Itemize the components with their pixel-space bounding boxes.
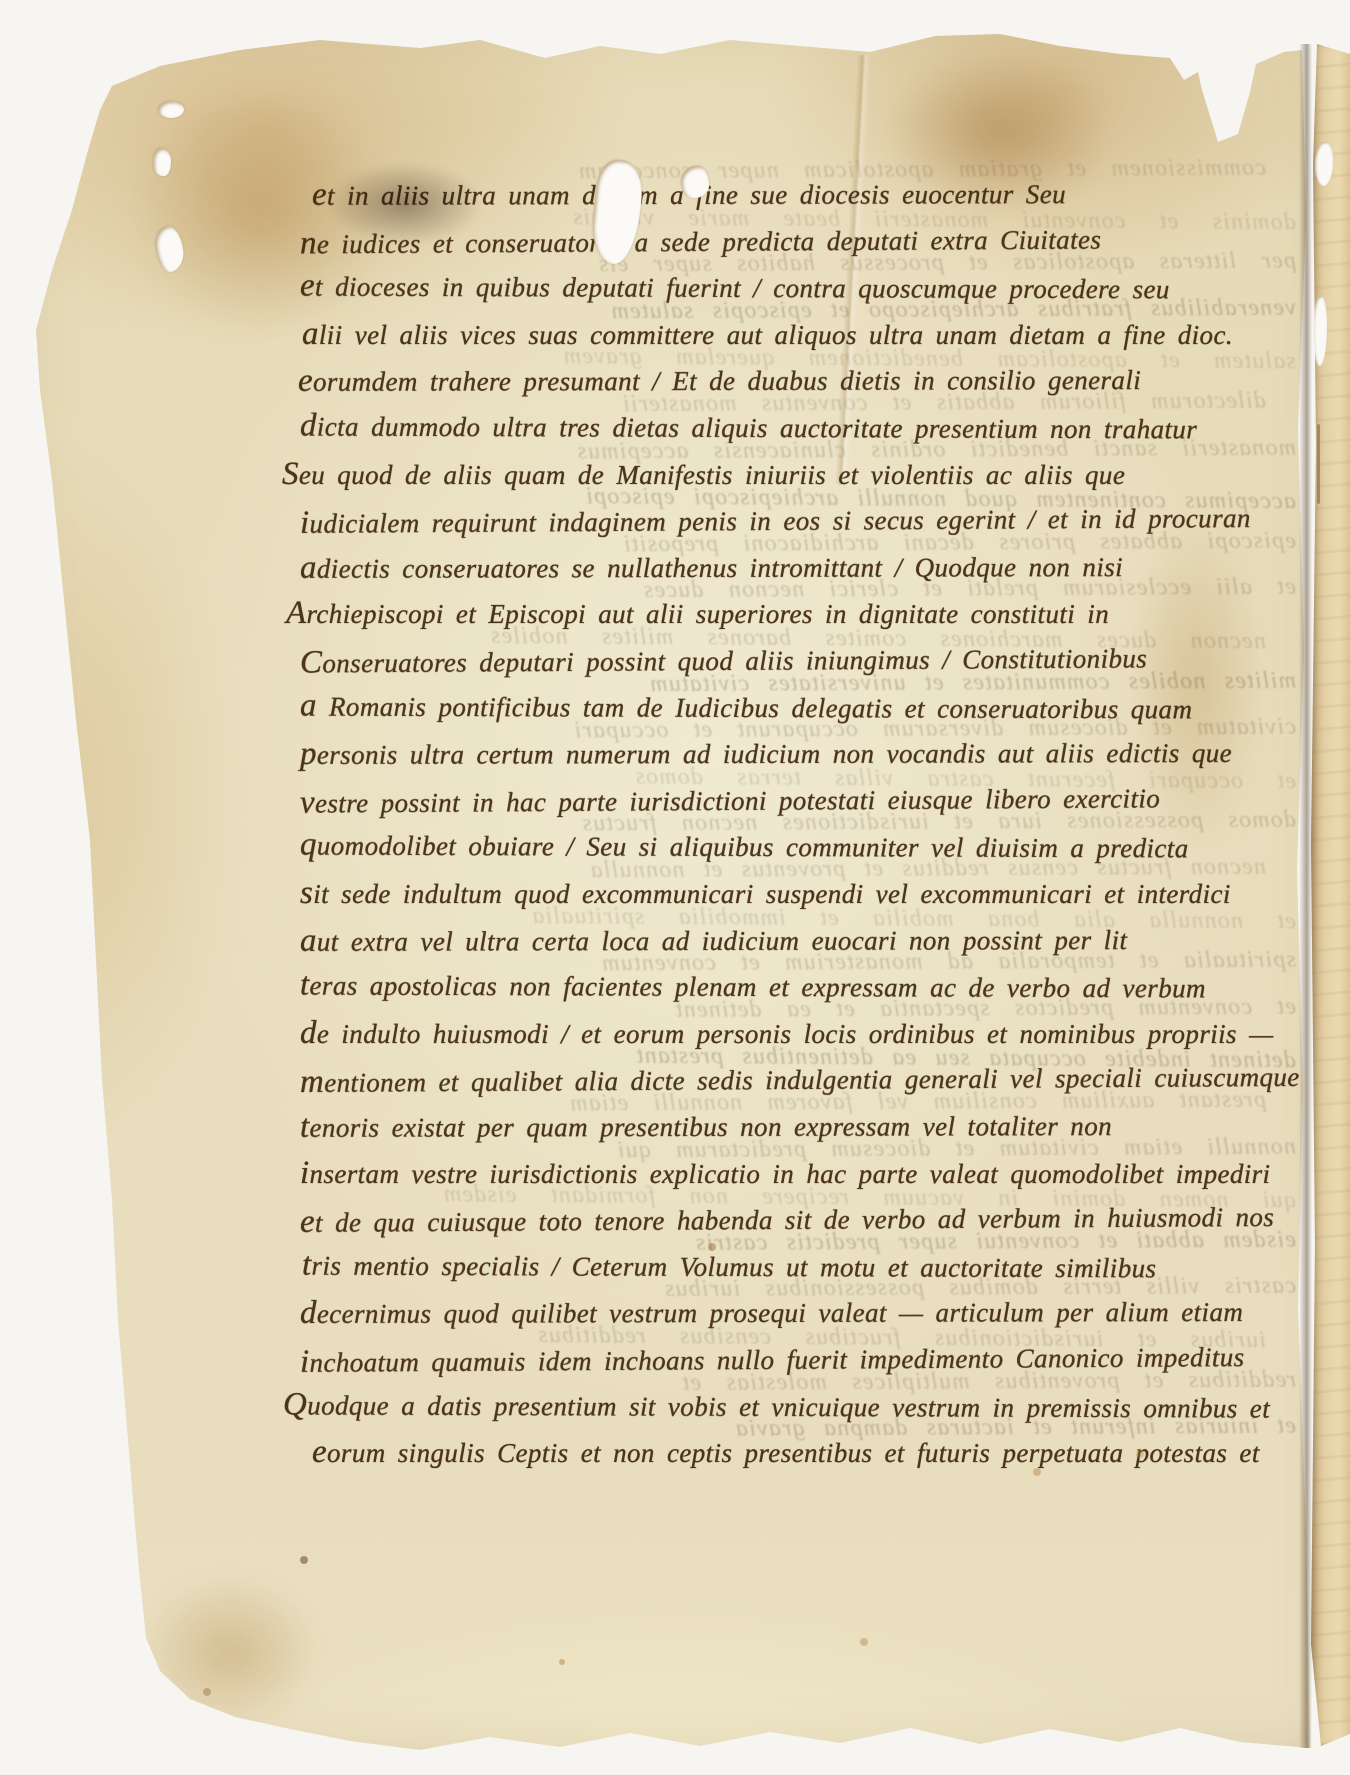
sliver-tear-2: [1313, 296, 1327, 366]
manuscript-line: mentionem et qualibet alia dicte sedis i…: [300, 1058, 1300, 1101]
manuscript-line: vestre possint in hac parte iurisdiction…: [300, 779, 1160, 821]
manuscript-line: sit sede indultum quod excommunicari sus…: [300, 875, 1231, 912]
manuscript-line: decernimus quod quilibet vestrum prosequ…: [300, 1293, 1243, 1332]
manuscript-line: Archiepiscopi et Episcopi aut alii super…: [286, 595, 1109, 632]
manuscript-line: de indulto huiusmodi / et eorum personis…: [300, 1015, 1274, 1052]
sliver-crease: [1317, 424, 1320, 504]
manuscript-line: teras apostolicas non facientes plenam e…: [300, 967, 1206, 1007]
manuscript-line: et dioceses in quibus deputati fuerint /…: [300, 268, 1170, 308]
manuscript-line: ne iudices et conseruatores a sede predi…: [300, 221, 1101, 263]
manuscript-line: adiectis conseruatores se nullathenus in…: [300, 548, 1123, 587]
manuscript-line: Seu quod de aliis quam de Manifestis ini…: [282, 456, 1125, 493]
manuscript-text-block: et in aliis ultra unam dietam a fine sue…: [0, 0, 1350, 1775]
manuscript-line: tris mentio specialis / Ceterum Volumus …: [302, 1247, 1157, 1287]
manuscript-page: commissionem et gratiam apostolicam nupe…: [0, 0, 1350, 1775]
manuscript-line: aut extra vel ultra certa loca ad iudici…: [300, 921, 1127, 960]
manuscript-line: a Romanis pontificibus tam de Iudicibus …: [300, 688, 1192, 728]
conjugate-leaf-edge: [1311, 44, 1350, 1746]
manuscript-line: insertam vestre iurisdictionis explicati…: [300, 1155, 1270, 1192]
manuscript-line: Quodque a datis presentium sit vobis et …: [283, 1386, 1270, 1426]
sliver-tear-1: [1315, 142, 1333, 186]
manuscript-line: dicta dummodo ultra tres dietas aliquis …: [300, 408, 1197, 448]
scanned-document: commissionem et gratiam apostolicam nupe…: [0, 0, 1350, 1775]
edge-hole-2: [153, 148, 171, 176]
manuscript-line: Conseruatores deputari possint quod alii…: [300, 639, 1147, 681]
manuscript-line: eorumdem trahere presumant / Et de duabu…: [298, 361, 1141, 400]
worm-hole-small: [681, 166, 709, 198]
manuscript-line: tenoris existat per quam presentibus non…: [300, 1107, 1112, 1146]
manuscript-line: quomodolibet obuiare / Seu si aliquibus …: [300, 827, 1189, 867]
manuscript-line: et de qua cuiusque toto tenore habenda s…: [300, 1198, 1274, 1241]
manuscript-line: iudicialem requirunt indaginem penis in …: [300, 499, 1251, 542]
manuscript-line: inchoatum quamuis idem inchoans nullo fu…: [300, 1338, 1245, 1381]
fold-gap-shadow: [1299, 44, 1312, 1748]
manuscript-line: eorum singulis Ceptis et non ceptis pres…: [312, 1434, 1260, 1471]
edge-hole-1: [158, 101, 184, 118]
manuscript-line: personis ultra certum numerum ad iudiciu…: [300, 734, 1232, 773]
manuscript-line: alii vel aliis vices suas committere aut…: [302, 316, 1233, 353]
foxing-specks: [0, 0, 4, 4]
